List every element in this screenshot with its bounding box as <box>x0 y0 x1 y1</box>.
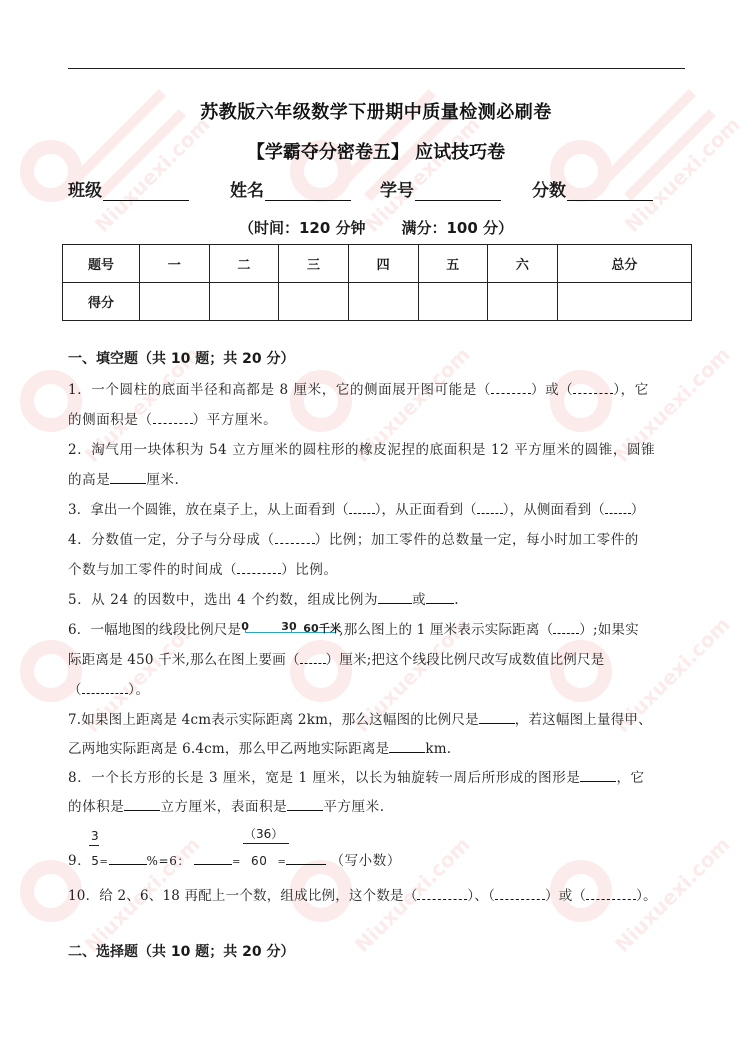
header-cell: 题号 <box>63 245 140 283</box>
score-label: 分数 <box>532 176 566 201</box>
score-table-header-row: 题号 一 二 三 四 五 六 总分 <box>63 245 692 283</box>
answer-blank[interactable] <box>287 798 323 811</box>
question-6-line-1: 6．一幅地图的线段比例尺是03060千米,那么图上的 1 厘米表示实际距离（）;… <box>68 618 688 638</box>
answer-blank[interactable] <box>124 798 160 811</box>
fraction-bar <box>89 845 99 846</box>
question-4-line-2: 个数与加工零件的时间成（）比例。 <box>68 558 688 578</box>
time-label: （时间：120 分钟 <box>239 219 366 237</box>
student-info-row: 班级 姓名 学号 分数 <box>68 176 688 200</box>
score-cell[interactable] <box>418 283 488 321</box>
question-2-line-2: 的高是厘米. <box>68 468 688 488</box>
header-rule <box>68 68 685 69</box>
answer-blank[interactable] <box>417 887 467 900</box>
fraction-numerator: 3 <box>91 829 99 843</box>
answer-blank[interactable] <box>378 591 412 604</box>
class-label: 班级 <box>68 176 102 201</box>
score-cell[interactable] <box>279 283 349 321</box>
student-id-input[interactable] <box>415 182 501 201</box>
student-id-field[interactable]: 学号 <box>380 176 501 201</box>
header-cell: 五 <box>418 245 488 283</box>
class-field[interactable]: 班级 <box>68 176 189 201</box>
answer-blank[interactable] <box>153 411 193 424</box>
answer-blank[interactable] <box>495 887 545 900</box>
question-1-line-2: 的侧面积是（）平方厘米。 <box>68 408 688 428</box>
name-input[interactable] <box>265 182 351 201</box>
header-cell: 六 <box>488 245 558 283</box>
question-3: 3．拿出一个圆锥，放在桌子上，从上面看到（），从正面看到（），从侧面看到（） <box>68 498 688 518</box>
score-cell[interactable] <box>488 283 558 321</box>
header-cell: 一 <box>140 245 210 283</box>
header-cell: 总分 <box>557 245 691 283</box>
answer-blank[interactable] <box>479 711 515 724</box>
answer-blank[interactable] <box>275 531 315 544</box>
student-id-label: 学号 <box>380 176 414 201</box>
score-cell[interactable] <box>557 283 691 321</box>
exam-time-info: （时间：120 分钟满分：100 分） <box>0 217 752 238</box>
answer-blank[interactable] <box>110 471 146 484</box>
answer-blank[interactable] <box>286 852 326 865</box>
score-input[interactable] <box>567 182 653 201</box>
name-field[interactable]: 姓名 <box>230 176 351 201</box>
question-8-line-1: 8．一个长方形的长是 3 厘米，宽是 1 厘米，以长为轴旋转一周后所形成的图形是… <box>68 766 688 786</box>
score-cell[interactable] <box>140 283 210 321</box>
line-scale-diagram: 03060千米 <box>241 620 339 636</box>
fraction-2-numerator: （36） <box>244 825 283 842</box>
score-field[interactable]: 分数 <box>532 176 653 201</box>
question-1-line-1: 1．一个圆柱的底面半径和高都是 8 厘米，它的侧面展开图可能是（）或（），它 <box>68 378 688 398</box>
section-2-title: 二、选择题（共 10 题；共 20 分） <box>68 941 294 961</box>
question-9: 9．5=%=6：=60=（写小数） <box>68 849 688 869</box>
answer-blank[interactable] <box>586 887 636 900</box>
score-table-row: 得分 <box>63 283 692 321</box>
answer-blank[interactable] <box>349 501 375 514</box>
answer-blank[interactable] <box>109 852 147 865</box>
fraction-2-bar <box>243 843 289 844</box>
question-6-line-3: （）。 <box>68 678 688 698</box>
question-7-line-2: 乙两地实际距离是 6.4cm，那么甲乙两地实际距离是km. <box>68 737 688 757</box>
answer-blank[interactable] <box>389 740 425 753</box>
question-10: 10．给 2、6、18 再配上一个数，组成比例，这个数是（）、（）或（）。 <box>68 884 688 904</box>
header-cell: 四 <box>348 245 418 283</box>
answer-blank[interactable] <box>237 561 281 574</box>
question-4-line-1: 4．分数值一定，分子与分母成（）比例；加工零件的总数量一定，每小时加工零件的 <box>68 528 688 548</box>
score-cell[interactable] <box>348 283 418 321</box>
answer-blank[interactable] <box>553 621 579 634</box>
header-cell: 三 <box>279 245 349 283</box>
question-8-line-2: 的体积是立方厘米，表面积是平方厘米. <box>68 795 688 815</box>
answer-blank[interactable] <box>580 769 616 782</box>
answer-blank[interactable] <box>573 381 613 394</box>
answer-blank[interactable] <box>82 681 128 694</box>
header-cell: 二 <box>209 245 279 283</box>
answer-blank[interactable] <box>300 651 326 664</box>
answer-blank[interactable] <box>605 501 631 514</box>
answer-blank[interactable] <box>491 381 531 394</box>
question-6-line-2: 际距离是 450 千米,那么在图上要画（）厘米;把这个线段比例尺改写成数值比例尺… <box>68 648 688 668</box>
row-label: 得分 <box>63 283 140 321</box>
question-5: 5．从 24 的因数中，选出 4 个约数，组成比例为或. <box>68 588 688 608</box>
question-2-line-1: 2．淘气用一块体积为 54 立方厘米的圆柱形的橡皮泥捏的底面积是 12 平方厘米… <box>68 438 688 458</box>
score-cell[interactable] <box>209 283 279 321</box>
section-1-title: 一、填空题（共 10 题；共 20 分） <box>68 348 294 368</box>
full-score-label: 满分：100 分） <box>402 219 514 237</box>
page-subtitle: 【学霸夺分密卷五】 应试技巧卷 <box>0 138 752 164</box>
answer-blank[interactable] <box>477 501 503 514</box>
question-7-line-1: 7.如果图上距离是 4cm表示实际距离 2km，那么这幅图的比例尺是，若这幅图上… <box>68 708 688 728</box>
answer-blank[interactable] <box>426 591 454 604</box>
answer-blank[interactable] <box>194 852 232 865</box>
score-table: 题号 一 二 三 四 五 六 总分 得分 <box>62 244 692 321</box>
name-label: 姓名 <box>230 176 264 201</box>
page-title: 苏教版六年级数学下册期中质量检测必刷卷 <box>0 98 752 124</box>
class-input[interactable] <box>103 182 189 201</box>
